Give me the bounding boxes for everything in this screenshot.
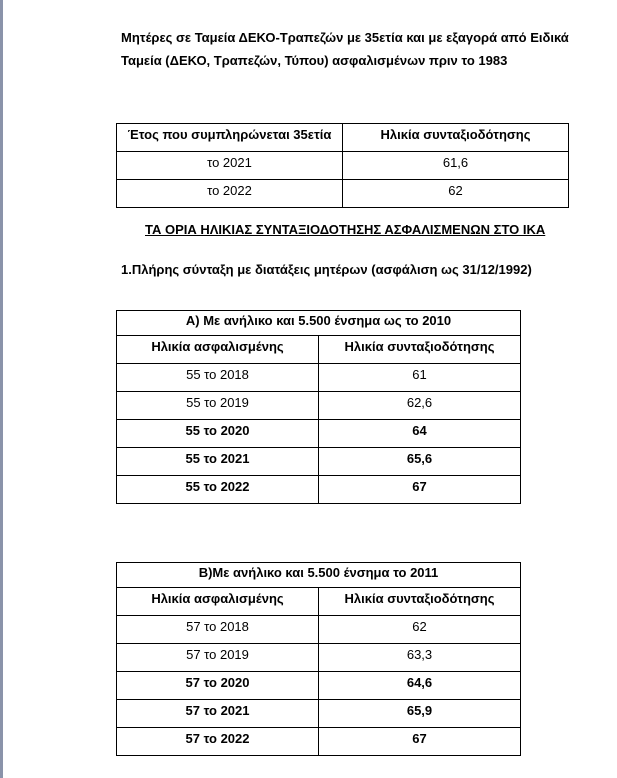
- table-b: Β)Με ανήλικο και 5.500 ένσημα το 2011 Ηλ…: [116, 562, 521, 756]
- table-header-row: Έτος που συμπληρώνεται 35ετία Ηλικία συν…: [117, 124, 569, 152]
- header-insured-age: Ηλικία ασφαλισμένης: [117, 588, 319, 616]
- header-retirement-age: Ηλικία συνταξιοδότησης: [319, 336, 521, 364]
- table-row: το 2022 62: [117, 180, 569, 208]
- table-title-row: Β)Με ανήλικο και 5.500 ένσημα το 2011: [117, 563, 521, 588]
- table-row: το 2021 61,6: [117, 152, 569, 180]
- table-row: 57 το 2021 65,9: [117, 700, 521, 728]
- cell-age: 61: [319, 364, 521, 392]
- cell-insured: 57 το 2019: [117, 644, 319, 672]
- table-row: 55 το 2022 67: [117, 476, 521, 504]
- cell-age: 67: [319, 728, 521, 756]
- table-row: 55 το 2020 64: [117, 420, 521, 448]
- table-title: Α) Με ανήλικο και 5.500 ένσημα ως το 201…: [117, 311, 521, 336]
- cell-insured: 55 το 2021: [117, 448, 319, 476]
- cell-age: 62: [343, 180, 569, 208]
- cell-age: 64,6: [319, 672, 521, 700]
- table-row: 57 το 2019 63,3: [117, 644, 521, 672]
- header-year-completed: Έτος που συμπληρώνεται 35ετία: [117, 124, 343, 152]
- cell-insured: 55 το 2019: [117, 392, 319, 420]
- cell-age: 61,6: [343, 152, 569, 180]
- table-row: 57 το 2018 62: [117, 616, 521, 644]
- cell-year: το 2021: [117, 152, 343, 180]
- table-header-row: Ηλικία ασφαλισμένης Ηλικία συνταξιοδότησ…: [117, 588, 521, 616]
- table-title: Β)Με ανήλικο και 5.500 ένσημα το 2011: [117, 563, 521, 588]
- intro-paragraph: Μητέρες σε Ταμεία ΔΕΚΟ-Τραπεζών με 35ετί…: [121, 26, 581, 72]
- table-35-years: Έτος που συμπληρώνεται 35ετία Ηλικία συν…: [116, 123, 569, 208]
- section-heading: ΤΑ ΟΡΙΑ ΗΛΙΚΙΑΣ ΣΥΝΤΑΞΙΟΔΟΤΗΣΗΣ ΑΣΦΑΛΙΣΜ…: [145, 222, 545, 237]
- header-insured-age: Ηλικία ασφαλισμένης: [117, 336, 319, 364]
- table-title-row: Α) Με ανήλικο και 5.500 ένσημα ως το 201…: [117, 311, 521, 336]
- cell-insured: 57 το 2021: [117, 700, 319, 728]
- cell-insured: 55 το 2022: [117, 476, 319, 504]
- table-row: 55 το 2018 61: [117, 364, 521, 392]
- cell-age: 67: [319, 476, 521, 504]
- document-page: Μητέρες σε Ταμεία ΔΕΚΟ-Τραπεζών με 35ετί…: [0, 0, 617, 778]
- cell-age: 64: [319, 420, 521, 448]
- cell-age: 65,9: [319, 700, 521, 728]
- cell-insured: 55 το 2020: [117, 420, 319, 448]
- table-row: 57 το 2020 64,6: [117, 672, 521, 700]
- table-row: 55 το 2021 65,6: [117, 448, 521, 476]
- cell-age: 63,3: [319, 644, 521, 672]
- cell-age: 62: [319, 616, 521, 644]
- cell-insured: 55 το 2018: [117, 364, 319, 392]
- table-a: Α) Με ανήλικο και 5.500 ένσημα ως το 201…: [116, 310, 521, 504]
- table-header-row: Ηλικία ασφαλισμένης Ηλικία συνταξιοδότησ…: [117, 336, 521, 364]
- header-retirement-age: Ηλικία συνταξιοδότησης: [343, 124, 569, 152]
- section-subheading: 1.Πλήρης σύνταξη με διατάξεις μητέρων (α…: [121, 262, 532, 277]
- cell-insured: 57 το 2018: [117, 616, 319, 644]
- cell-age: 65,6: [319, 448, 521, 476]
- table-row: 55 το 2019 62,6: [117, 392, 521, 420]
- header-retirement-age: Ηλικία συνταξιοδότησης: [319, 588, 521, 616]
- cell-insured: 57 το 2022: [117, 728, 319, 756]
- cell-insured: 57 το 2020: [117, 672, 319, 700]
- cell-age: 62,6: [319, 392, 521, 420]
- table-row: 57 το 2022 67: [117, 728, 521, 756]
- cell-year: το 2022: [117, 180, 343, 208]
